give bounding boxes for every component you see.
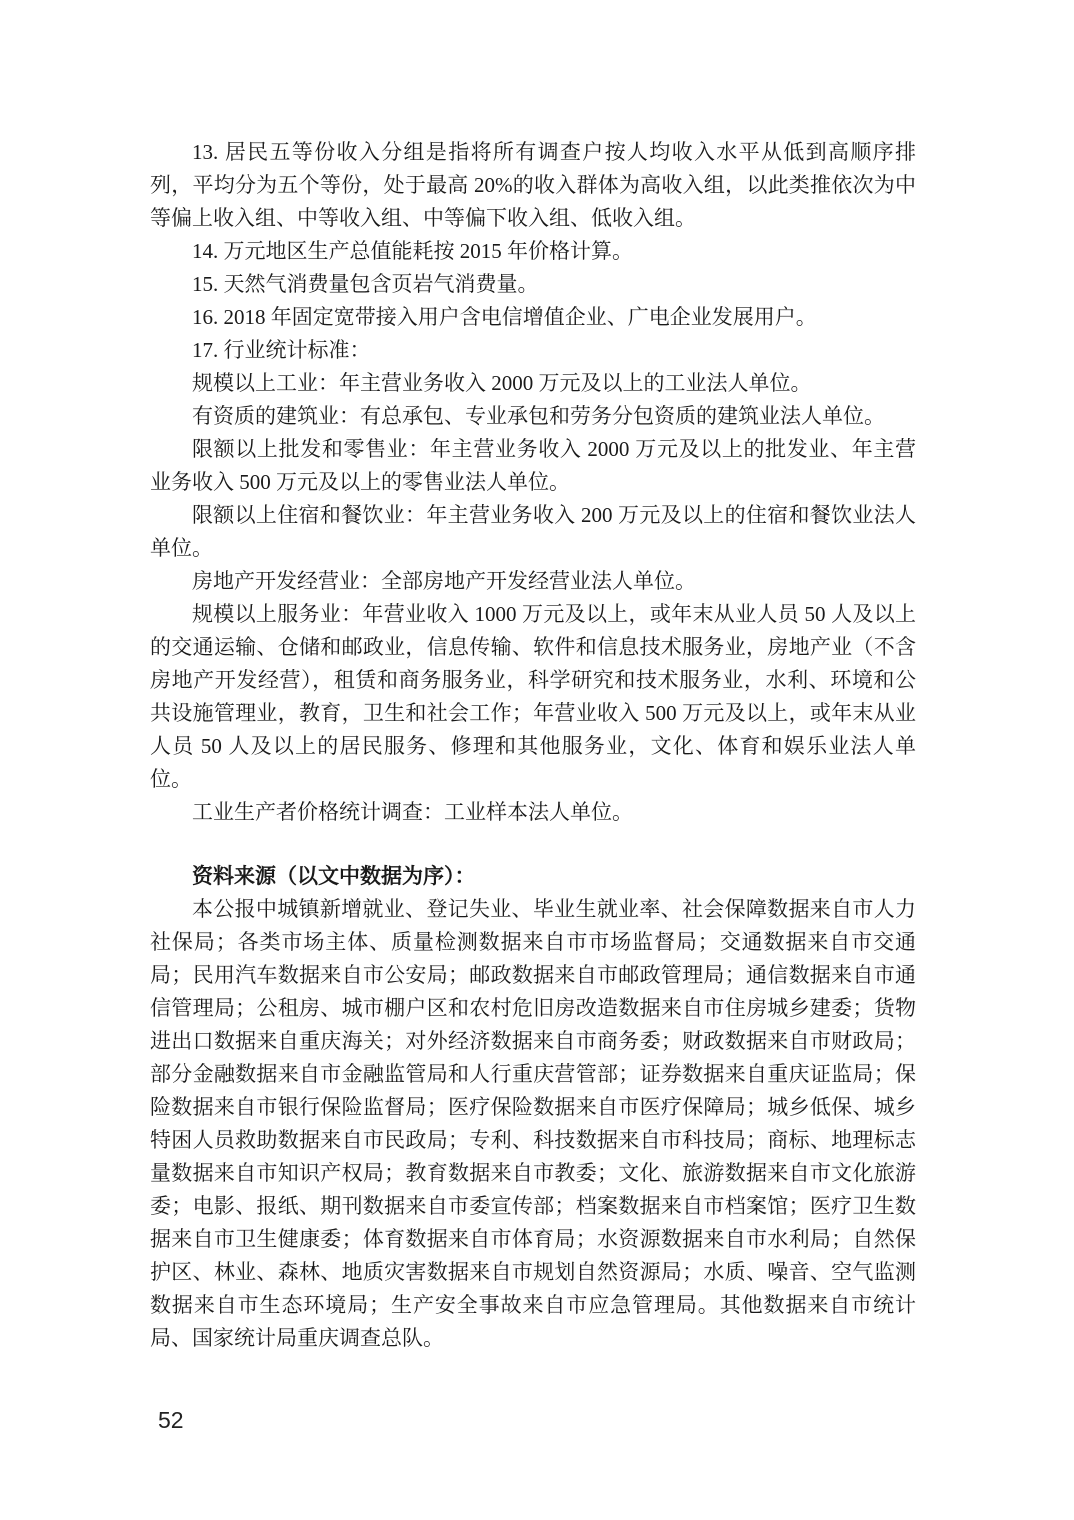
sources-heading: 资料来源（以文中数据为序）： [150,860,916,893]
page-content: 13. 居民五等份收入分组是指将所有调查户按人均收入水平从低到高顺序排列，平均分… [150,136,916,1355]
note-paragraph-13: 13. 居民五等份收入分组是指将所有调查户按人均收入水平从低到高顺序排列，平均分… [150,136,916,235]
note-subitem-wholesale-retail: 限额以上批发和零售业：年主营业务收入 2000 万元及以上的批发业、年主营业务收… [150,433,916,499]
document-page: 13. 居民五等份收入分组是指将所有调查户按人均收入水平从低到高顺序排列，平均分… [0,0,1074,1520]
note-paragraph-17: 17. 行业统计标准： [150,334,916,367]
sources-section: 资料来源（以文中数据为序）： 本公报中城镇新增就业、登记失业、毕业生就业率、社会… [150,860,916,1355]
note-subitem-industry: 规模以上工业：年主营业务收入 2000 万元及以上的工业法人单位。 [150,367,916,400]
notes-section: 13. 居民五等份收入分组是指将所有调查户按人均收入水平从低到高顺序排列，平均分… [150,136,916,829]
sources-body: 本公报中城镇新增就业、登记失业、毕业生就业率、社会保障数据来自市人力社保局；各类… [150,893,916,1355]
note-subitem-construction: 有资质的建筑业：有总承包、专业承包和劳务分包资质的建筑业法人单位。 [150,400,916,433]
note-paragraph-15: 15. 天然气消费量包含页岩气消费量。 [150,268,916,301]
note-subitem-services: 规模以上服务业：年营业收入 1000 万元及以上，或年末从业人员 50 人及以上… [150,598,916,796]
page-number: 52 [158,1405,184,1435]
note-subitem-producer-price: 工业生产者价格统计调查：工业样本法人单位。 [150,796,916,829]
note-subitem-real-estate: 房地产开发经营业：全部房地产开发经营业法人单位。 [150,565,916,598]
note-subitem-hotel-catering: 限额以上住宿和餐饮业：年主营业务收入 200 万元及以上的住宿和餐饮业法人单位。 [150,499,916,565]
note-paragraph-16: 16. 2018 年固定宽带接入用户含电信增值企业、广电企业发展用户。 [150,301,916,334]
note-paragraph-14: 14. 万元地区生产总值能耗按 2015 年价格计算。 [150,235,916,268]
